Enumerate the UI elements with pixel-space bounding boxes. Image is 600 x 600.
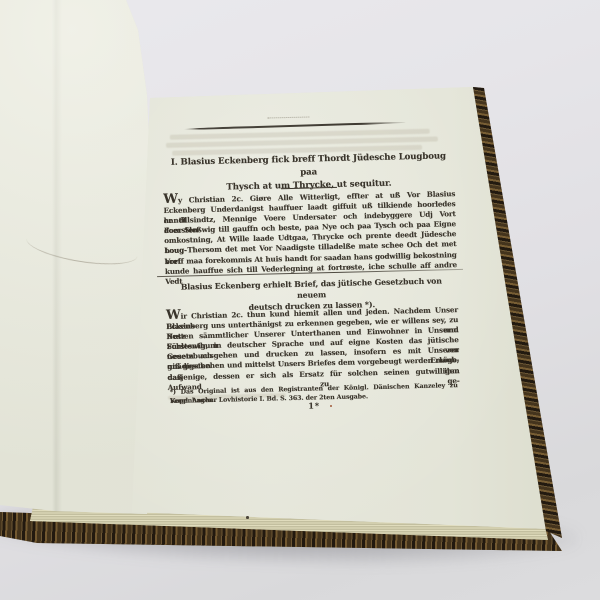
show-through-dotted-rule: [267, 117, 309, 119]
section2-paragraph: Wir Christian 2c. thun kund hiemit allen…: [166, 305, 460, 383]
header-rule: [184, 121, 406, 130]
printed-page-content: I. Blasius Eckenberg fick breff Thordt J…: [161, 97, 461, 434]
dust-speck: [246, 516, 249, 519]
section1-heading: I. Blasius Eckenberg fick breff Thordt J…: [162, 150, 455, 196]
section1-paragraph: Wy Christian 2c. Giøre Alle Witterligt, …: [163, 189, 457, 277]
book-photo: I. Blasius Eckenberg fick breff Thordt J…: [0, 0, 600, 600]
dust-speck: [330, 405, 332, 407]
